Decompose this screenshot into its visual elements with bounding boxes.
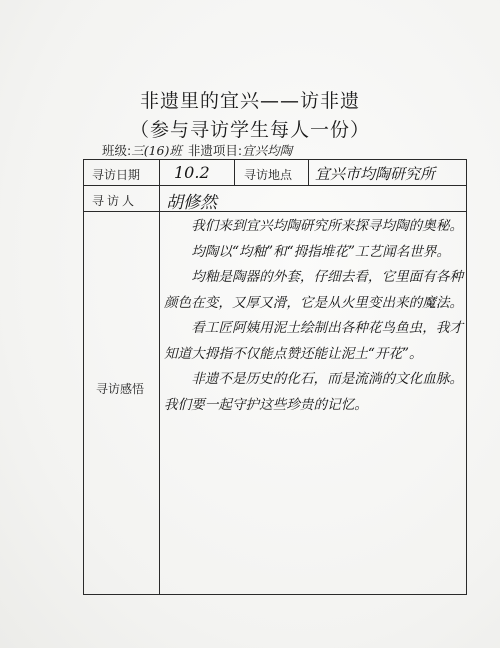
location-value: 宜兴市均陶研究所 [315, 163, 435, 184]
project-label: 非遗项目: [188, 143, 242, 158]
document-title: 非遗里的宜兴——访非遗 [0, 86, 500, 113]
reflection-paragraph: 非遗不是历史的化石，而是流淌的文化血脉。我们要一起守护这些珍贵的记忆。 [164, 367, 464, 418]
date-label: 寻访日期 [92, 166, 140, 183]
class-label: 班级: [102, 143, 131, 158]
table-row-visitor [84, 186, 466, 212]
document-subtitle: （参与寻访学生每人一份） [0, 115, 500, 142]
class-value: 三(16)班 [131, 143, 182, 158]
column-divider [234, 160, 235, 186]
visit-record-table: 寻访日期 10.2 寻访地点 宜兴市均陶研究所 寻访人 胡修然 寻访感悟 我们来… [83, 159, 467, 595]
date-value: 10.2 [174, 163, 210, 182]
location-label: 寻访地点 [244, 166, 292, 183]
visitor-label: 寻访人 [92, 192, 137, 209]
column-divider [159, 160, 160, 594]
project-value: 宜兴均陶 [242, 143, 292, 158]
reflection-label: 寻访感悟 [96, 380, 144, 397]
class-project-line: 班级:三(16)班非遗项目:宜兴均陶 [102, 141, 292, 159]
reflection-paragraph: 看工匠阿姨用泥土绘制出各种花鸟鱼虫，我才知道大拇指不仅能点赞还能让泥土“开花”。 [164, 316, 464, 367]
worksheet-paper: 非遗里的宜兴——访非遗 （参与寻访学生每人一份） 班级:三(16)班非遗项目:宜… [0, 0, 500, 648]
reflection-paragraph: 均釉是陶器的外套，仔细去看，它里面有各种颜色在变，又厚又滑，它是从火里变出来的魔… [164, 265, 464, 316]
reflection-paragraph: 我们来到宜兴均陶研究所来探寻均陶的奥秘。 [164, 214, 464, 240]
column-divider [308, 160, 309, 186]
reflection-paragraph: 均陶以“均釉”和“拇指堆花”工艺闻名世界。 [164, 240, 464, 266]
visitor-value: 胡修然 [166, 188, 217, 213]
reflection-text: 我们来到宜兴均陶研究所来探寻均陶的奥秘。 均陶以“均釉”和“拇指堆花”工艺闻名世… [164, 214, 464, 418]
